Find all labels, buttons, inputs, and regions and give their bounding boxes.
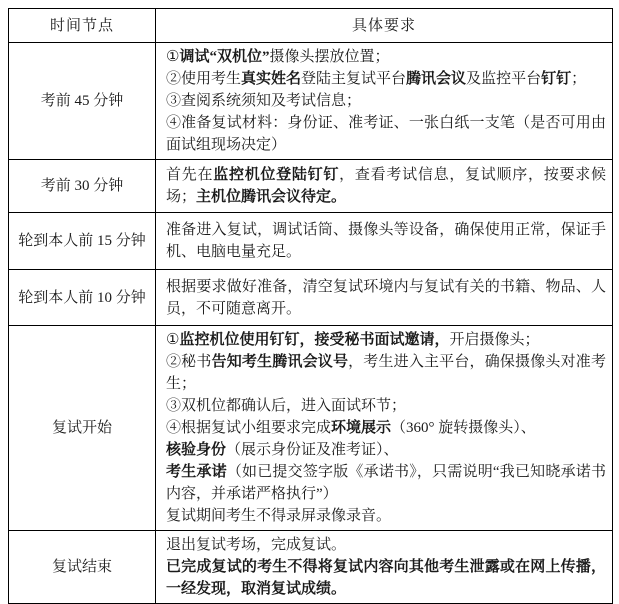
requirement-item: 核验身份（展示身份证及准考证）、 xyxy=(166,439,606,461)
text-segment: 钉钉 xyxy=(541,71,571,87)
requirement-item: 已完成复试的考生不得将复试内容向其他考生泄露或在网上传播，一经发现，取消复试成绩… xyxy=(166,556,606,600)
text-segment: 真实姓名 xyxy=(241,71,301,87)
table-body: 考前 45 分钟①调试“双机位”摄像头摆放位置；②使用考生真实姓名登陆主复试平台… xyxy=(9,43,613,604)
requirement-item: ④准备复试材料：身份证、准考证、一张白纸一支笔（是否可用由面试组现场决定） xyxy=(166,112,606,156)
requirement-item: 考生承诺（如已提交签字版《承诺书》，只需说明“我已知晓承诺书内容，并承诺严格执行… xyxy=(166,461,606,505)
requirements-cell: 根据要求做好准备，清空复试环境内与复试有关的书籍、物品、人员，不可随意离开。 xyxy=(156,270,613,326)
text-segment: 告知考生腾讯会议号 xyxy=(212,354,349,370)
table-row: 考前 30 分钟首先在监控机位登陆钉钉，查看考试信息，复试顺序，按要求候场；主机… xyxy=(9,160,613,213)
text-segment: ③查阅系统须知及考试信息； xyxy=(166,93,361,109)
text-segment: 退出复试考场，完成复试。 xyxy=(166,537,346,553)
text-segment: （如已提交签字版《承诺书》，只需说明“我已知晓承诺书内容，并承诺严格执行”） xyxy=(166,464,606,502)
text-segment: ④根据复试小组要求完成 xyxy=(166,420,331,436)
requirement-item: 准备进入复试，调试话筒、摄像头等设备，确保使用正常，保证手机、电脑电量充足。 xyxy=(166,219,606,263)
text-segment: （360° 旋转摄像头）、 xyxy=(391,420,536,436)
time-node-cell: 考前 45 分钟 xyxy=(9,43,156,160)
requirements-cell: 退出复试考场，完成复试。已完成复试的考生不得将复试内容向其他考生泄露或在网上传播… xyxy=(156,531,613,604)
requirement-item: ②秘书告知考生腾讯会议号，考生进入主平台，确保摄像头对准考生； xyxy=(166,351,606,395)
text-segment: （展示身份证及准考证）、 xyxy=(226,442,399,458)
requirement-item: ③查阅系统须知及考试信息； xyxy=(166,90,606,112)
text-segment: 考生承诺 xyxy=(166,464,227,480)
requirements-cell: ①监控机位使用钉钉，接受秘书面试邀请，开启摄像头；②秘书告知考生腾讯会议号，考生… xyxy=(156,326,613,531)
text-segment: 摄像头摆放位置； xyxy=(269,49,389,65)
table-row: 轮到本人前 15 分钟准备进入复试，调试话筒、摄像头等设备，确保使用正常，保证手… xyxy=(9,213,613,270)
requirements-cell: 准备进入复试，调试话筒、摄像头等设备，确保使用正常，保证手机、电脑电量充足。 xyxy=(156,213,613,270)
time-node-cell: 复试结束 xyxy=(9,531,156,604)
requirements-cell: 首先在监控机位登陆钉钉，查看考试信息，复试顺序，按要求候场；主机位腾讯会议待定。 xyxy=(156,160,613,213)
text-segment: ① xyxy=(166,49,179,65)
text-segment: ③双机位都确认后，进入面试环节； xyxy=(166,398,406,414)
requirement-item: ①调试“双机位”摄像头摆放位置； xyxy=(166,46,606,68)
text-segment: 根据要求做好准备，清空复试环境内与复试有关的书籍、物品、人员，不可随意离开。 xyxy=(166,279,606,317)
time-node-cell: 复试开始 xyxy=(9,326,156,531)
time-node-cell: 轮到本人前 10 分钟 xyxy=(9,270,156,326)
time-node-cell: 轮到本人前 15 分钟 xyxy=(9,213,156,270)
text-segment: 腾讯会议 xyxy=(406,71,466,87)
text-segment: ④准备复试材料：身份证、准考证、一张白纸一支笔（是否可用由面试组现场决定） xyxy=(166,115,606,153)
table-row: 复试开始①监控机位使用钉钉，接受秘书面试邀请，开启摄像头；②秘书告知考生腾讯会议… xyxy=(9,326,613,531)
text-segment: 首先在 xyxy=(166,167,213,183)
text-segment: 监控机位使用钉钉，接受秘书面试邀请， xyxy=(179,332,449,348)
text-segment: 登陆主复试平台 xyxy=(301,71,406,87)
text-segment: 环境展示 xyxy=(331,420,391,436)
text-segment: 已完成复试的考生不得将复试内容向其他考生泄露或在网上传播，一经发现，取消复试成绩… xyxy=(166,559,606,597)
table-row: 轮到本人前 10 分钟根据要求做好准备，清空复试环境内与复试有关的书籍、物品、人… xyxy=(9,270,613,326)
requirement-item: 退出复试考场，完成复试。 xyxy=(166,534,606,556)
header-row: 时间节点 具体要求 xyxy=(9,9,613,43)
text-segment: 调试“双机位” xyxy=(179,49,269,65)
text-segment: 复试期间考生不得录屏录像录音。 xyxy=(166,508,391,524)
text-segment: 监控机位登陆钉钉 xyxy=(213,167,339,183)
text-segment: ； xyxy=(571,71,586,87)
requirement-item: 复试期间考生不得录屏录像录音。 xyxy=(166,505,606,527)
text-segment: 主机位腾讯会议待定。 xyxy=(196,189,346,205)
text-segment: ②使用考生 xyxy=(166,71,241,87)
requirement-item: ③双机位都确认后，进入面试环节； xyxy=(166,395,606,417)
text-segment: 核验身份 xyxy=(166,442,226,458)
requirement-item: ②使用考生真实姓名登陆主复试平台腾讯会议及监控平台钉钉； xyxy=(166,68,606,90)
table-row: 复试结束退出复试考场，完成复试。已完成复试的考生不得将复试内容向其他考生泄露或在… xyxy=(9,531,613,604)
requirement-item: 根据要求做好准备，清空复试环境内与复试有关的书籍、物品、人员，不可随意离开。 xyxy=(166,276,606,320)
table-header: 时间节点 具体要求 xyxy=(9,9,613,43)
requirement-item: ④根据复试小组要求完成环境展示（360° 旋转摄像头）、 xyxy=(166,417,606,439)
requirement-item: ①监控机位使用钉钉，接受秘书面试邀请，开启摄像头； xyxy=(166,329,606,351)
text-segment: 准备进入复试，调试话筒、摄像头等设备，确保使用正常，保证手机、电脑电量充足。 xyxy=(166,222,606,260)
table-row: 考前 45 分钟①调试“双机位”摄像头摆放位置；②使用考生真实姓名登陆主复试平台… xyxy=(9,43,613,160)
requirement-item: 首先在监控机位登陆钉钉，查看考试信息，复试顺序，按要求候场；主机位腾讯会议待定。 xyxy=(166,164,606,208)
text-segment: 开启摄像头； xyxy=(449,332,539,348)
text-segment: 及监控平台 xyxy=(466,71,541,87)
header-requirements: 具体要求 xyxy=(156,9,613,43)
time-node-cell: 考前 30 分钟 xyxy=(9,160,156,213)
requirements-cell: ①调试“双机位”摄像头摆放位置；②使用考生真实姓名登陆主复试平台腾讯会议及监控平… xyxy=(156,43,613,160)
header-time-node: 时间节点 xyxy=(9,9,156,43)
interview-schedule-table: 时间节点 具体要求 考前 45 分钟①调试“双机位”摄像头摆放位置；②使用考生真… xyxy=(8,8,613,604)
text-segment: ① xyxy=(166,332,179,348)
text-segment: ②秘书 xyxy=(166,354,212,370)
